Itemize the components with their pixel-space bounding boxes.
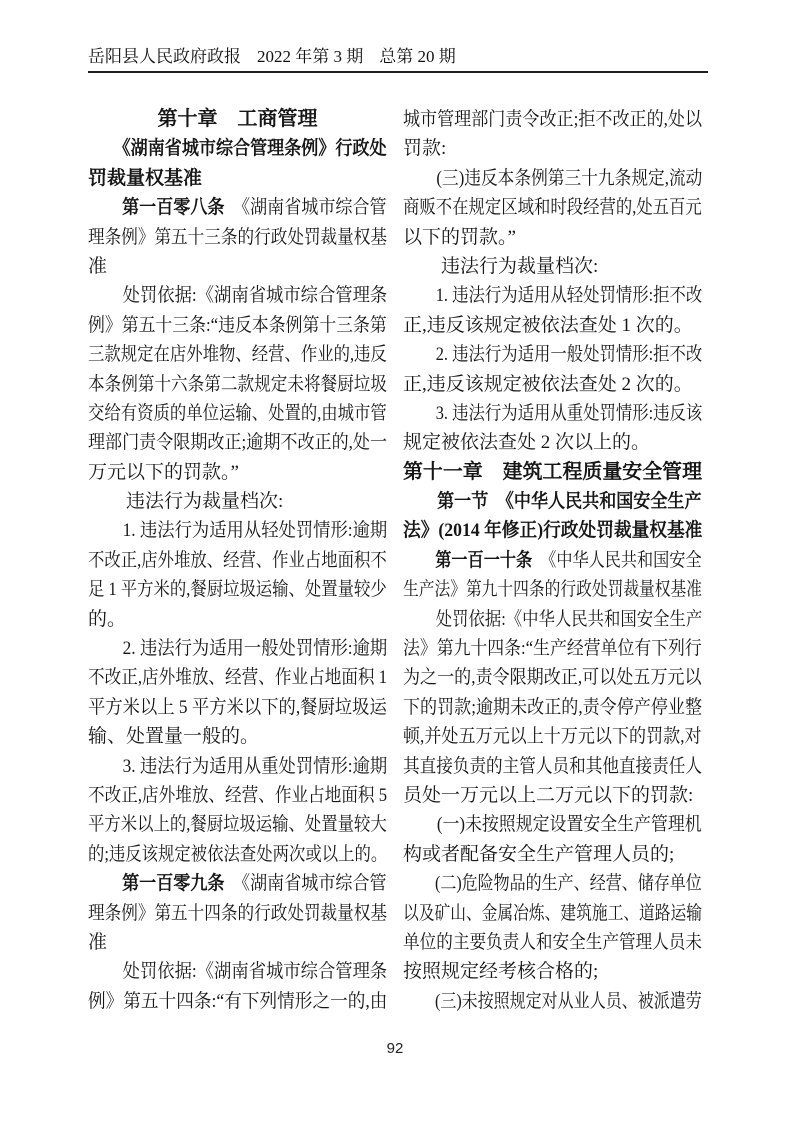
header-rule — [88, 71, 708, 73]
text-line: 理条例》第五十三条的行政处罚裁量权基 — [88, 223, 387, 252]
page-header: 岳阳县人民政府政报2022 年第 3 期总第 20 期 — [88, 46, 708, 73]
text-line: 准 — [88, 928, 387, 957]
chapter-heading: 第十章 工商管理 — [88, 105, 387, 134]
text-line: (三)违反本条例第三十九条规定,流动 — [403, 164, 702, 193]
text-line: 例》第五十四条:“有下列情形之一的,由 — [88, 987, 387, 1016]
text-line: 按照规定经考核合格的; — [403, 957, 702, 986]
article-heading-line: 第一百零九条 《湖南省城市综合管 — [88, 869, 387, 898]
text-line: 理条例》第五十四条的行政处罚裁量权基 — [88, 899, 387, 928]
text-line: 理部门责令限期改正;逾期不改正的,处一 — [88, 428, 387, 457]
section-heading-line: 第一节 《中华人民共和国安全生产 — [403, 487, 702, 516]
text-line: 正,违反该规定被依法查处 1 次的。 — [403, 311, 702, 340]
text-line: 万元以下的罚款。” — [88, 458, 387, 487]
text-line: 构或者配备安全生产管理人员的; — [403, 840, 702, 869]
text-line: 3. 违法行为适用从重处罚情形:违反该 — [403, 399, 702, 428]
text-line: 足 1 平方米的,餐厨垃圾运输、处置量较少 — [88, 575, 387, 604]
text-line: 规定被依法查处 2 次以上的。 — [403, 428, 702, 457]
text-line: 处罚依据:《湖南省城市综合管理条 — [88, 957, 387, 986]
text-line: 的;违反该规定被依法查处两次或以上的。 — [88, 840, 387, 869]
text-line: 1. 违法行为适用从轻处罚情形:拒不改 — [403, 281, 702, 310]
text-line: 违法行为裁量档次: — [403, 252, 702, 281]
text-line: (三)未按照规定对从业人员、被派遣劳 — [403, 987, 702, 1016]
text-line: 顿,并处五万元以上十万元以下的罚款,对 — [403, 722, 702, 751]
issue-number: 2022 年第 3 期 — [257, 46, 363, 68]
left-column: 第十章 工商管理 《湖南省城市综合管理条例》行政处罚裁量权基准 第一百零八条 《… — [88, 105, 387, 1016]
text-line: 以下的罚款。” — [403, 223, 702, 252]
gazette-title: 岳阳县人民政府政报 — [88, 46, 241, 68]
text-line: 例》第五十三条:“违反本条例第十三条第 — [88, 311, 387, 340]
text-line: 交给有资质的单位运输、处置的,由城市管 — [88, 399, 387, 428]
article-heading-line: 第一百一十条 《中华人民共和国安全 — [403, 546, 702, 575]
right-column: 城市管理部门责令改正;拒不改正的,处以罚款: (三)违反本条例第三十九条规定,流… — [403, 105, 702, 1016]
text-line: 平方米以上 5 平方米以下的,餐厨垃圾运 — [88, 693, 387, 722]
text-line: 2. 违法行为适用一般处罚情形:逾期 — [88, 634, 387, 663]
text-line: 商贩不在规定区域和时段经营的,处五百元 — [403, 193, 702, 222]
text-line: 城市管理部门责令改正;拒不改正的,处以 — [403, 105, 702, 134]
text-line: 其直接负责的主管人员和其他直接责任人 — [403, 752, 702, 781]
text-line: (一)未按照规定设置安全生产管理机 — [403, 810, 702, 839]
text-line: 平方米以上的,餐厨垃圾运输、处置量较大 — [88, 810, 387, 839]
text-line: 3. 违法行为适用从重处罚情形:逾期 — [88, 752, 387, 781]
page-number: 92 — [88, 1040, 702, 1057]
chapter-heading: 第十一章 建筑工程质量安全管理 — [403, 458, 702, 487]
page-body: 第十章 工商管理 《湖南省城市综合管理条例》行政处罚裁量权基准 第一百零八条 《… — [88, 105, 702, 1016]
text-line: 输、处置量一般的。 — [88, 722, 387, 751]
text-line: 的。 — [88, 605, 387, 634]
text-line: 生产法》第九十四条的行政处罚裁量权基准 — [403, 575, 702, 604]
text-line: 罚裁量权基准 — [88, 164, 387, 193]
article-heading-line: 第一百零八条 《湖南省城市综合管 — [88, 193, 387, 222]
text-line: 员处一万元以上二万元以下的罚款: — [403, 781, 702, 810]
text-line: 法》第九十四条:“生产经营单位有下列行 — [403, 634, 702, 663]
text-line: 1. 违法行为适用从轻处罚情形:逾期 — [88, 516, 387, 545]
gazette-header-text: 岳阳县人民政府政报2022 年第 3 期总第 20 期 — [88, 46, 708, 68]
text-line: 不改正,店外堆放、经营、作业占地面积 1 — [88, 663, 387, 692]
text-line: (二)危险物品的生产、经营、储存单位 — [403, 869, 702, 898]
text-line: 正,违反该规定被依法查处 2 次的。 — [403, 370, 702, 399]
text-line: 《湖南省城市综合管理条例》行政处 — [88, 134, 387, 163]
text-line: 单位的主要负责人和安全生产管理人员未 — [403, 928, 702, 957]
text-line: 违法行为裁量档次: — [88, 487, 387, 516]
text-line: 处罚依据:《中华人民共和国安全生产 — [403, 605, 702, 634]
text-line: 以及矿山、金属冶炼、建筑施工、道路运输 — [403, 899, 702, 928]
text-line: 为之一的,责令限期改正,可以处五万元以 — [403, 663, 702, 692]
text-line: 下的罚款;逾期未改正的,责令停产停业整 — [403, 693, 702, 722]
text-line: 罚款: — [403, 134, 702, 163]
text-line: 不改正,店外堆放、经营、作业占地面积 5 — [88, 781, 387, 810]
text-line: 三款规定在店外堆物、经营、作业的,违反 — [88, 340, 387, 369]
text-line: 本条例第十六条第二款规定未将餐厨垃圾 — [88, 370, 387, 399]
section-heading-line: 法》(2014 年修正)行政处罚裁量权基准 — [403, 516, 702, 545]
text-line: 准 — [88, 252, 387, 281]
text-line: 2. 违法行为适用一般处罚情形:拒不改 — [403, 340, 702, 369]
text-line: 不改正,店外堆放、经营、作业占地面积不 — [88, 546, 387, 575]
volume-number: 总第 20 期 — [379, 46, 456, 68]
text-line: 处罚依据:《湖南省城市综合管理条 — [88, 281, 387, 310]
document-page: 岳阳县人民政府政报2022 年第 3 期总第 20 期 第十章 工商管理 《湖南… — [0, 0, 793, 1122]
